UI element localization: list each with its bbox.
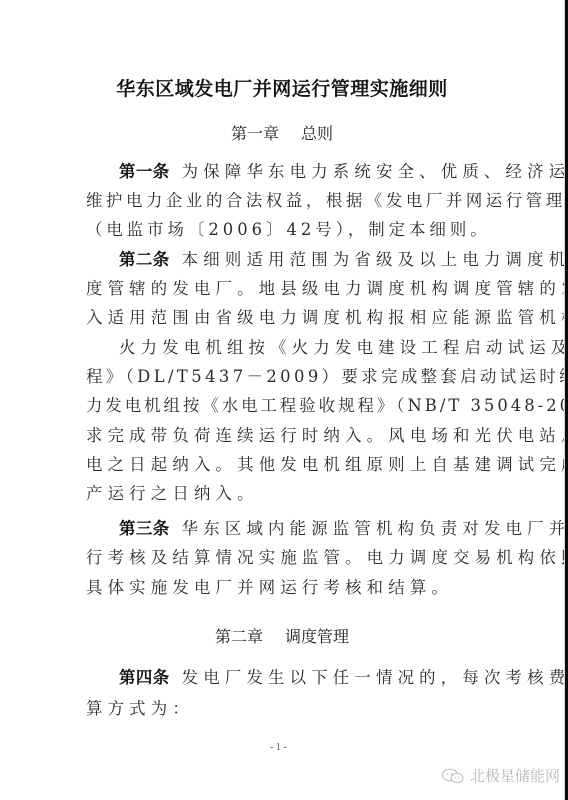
chapter-name: 调度管理: [285, 627, 349, 646]
article-4-line-1: 第四条发电厂发生以下任一情况的，每次考核费用计: [119, 668, 519, 688]
paragraph-text: 发电厂发生以下任一情况的，每次考核费用计: [182, 668, 568, 687]
article-label: 第三条: [119, 519, 170, 538]
chapter-heading-1: 第一章总则: [0, 121, 564, 144]
article-label: 第一条: [119, 162, 170, 181]
document-page: 华东区域发电厂并网运行管理实施细则 第一章总则 第一条为保障华东电力系统安全、优…: [0, 0, 564, 800]
article-2-para-2-line-2: 程》（DL/T5437－2009）要求完成整套启动试运时纳入。水: [86, 367, 486, 387]
watermark-text: 北极星储能网: [470, 765, 560, 786]
article-2-line-3: 入适用范围由省级电力调度机构报相应能源监管机构批准。: [86, 308, 486, 328]
chapter-number: 第一章: [231, 124, 279, 143]
chapter-name: 总则: [301, 124, 333, 143]
article-3-line-1: 第三条华东区域内能源监管机构负责对发电厂并网运: [119, 519, 519, 539]
article-2-para-2-line-5: 电之日起纳入。其他发电机组原则上自基建调试完成交付生: [86, 455, 486, 475]
page-number: - 1 -: [270, 742, 287, 753]
article-label: 第四条: [119, 668, 170, 687]
article-1-line-2: 维护电力企业的合法权益，根据《发电厂并网运行管理规定》: [86, 191, 486, 211]
article-2-line-2: 度管辖的发电厂。地县级电力调度机构调度管辖的发电厂纳: [86, 279, 486, 299]
wechat-icon: [441, 768, 465, 784]
chapter-heading-2: 第二章调度管理: [0, 624, 564, 647]
article-3-line-3: 具体实施发电厂并网运行考核和结算。: [86, 578, 486, 598]
chapter-number: 第二章: [215, 627, 263, 646]
watermark: 北极星储能网: [441, 765, 560, 786]
article-label: 第二条: [119, 250, 170, 269]
article-2-line-1: 第二条本细则适用范围为省级及以上电力调度机构调: [119, 250, 519, 270]
article-4-line-2: 算方式为：: [86, 699, 486, 719]
paragraph-text: 华东区域内能源监管机构负责对发电厂并网运: [182, 519, 568, 538]
article-2-para-2-line-3: 力发电机组按《水电工程验收规程》（NB/T 35048-2015）要: [86, 396, 486, 416]
paragraph-text: 为保障华东电力系统安全、优质、经济运行，: [182, 162, 568, 181]
paragraph-text: 本细则适用范围为省级及以上电力调度机构调: [182, 250, 568, 269]
article-2-para-2-line-4: 求完成带负荷连续运行时纳入。风电场和光伏电站从并网发: [86, 426, 486, 446]
article-1-line-3: （电监市场〔2006〕42号），制定本细则。: [86, 220, 486, 240]
article-2-para-2-line-6: 产运行之日纳入。: [86, 484, 486, 504]
article-3-line-2: 行考核及结算情况实施监管。电力调度交易机构依照本细则: [86, 548, 486, 568]
article-1-line-1: 第一条为保障华东电力系统安全、优质、经济运行，: [119, 162, 519, 182]
document-title: 华东区域发电厂并网运行管理实施细则: [0, 74, 564, 101]
article-2-para-2-line-1: 火力发电机组按《火力发电建设工程启动试运及验收规: [119, 338, 519, 358]
